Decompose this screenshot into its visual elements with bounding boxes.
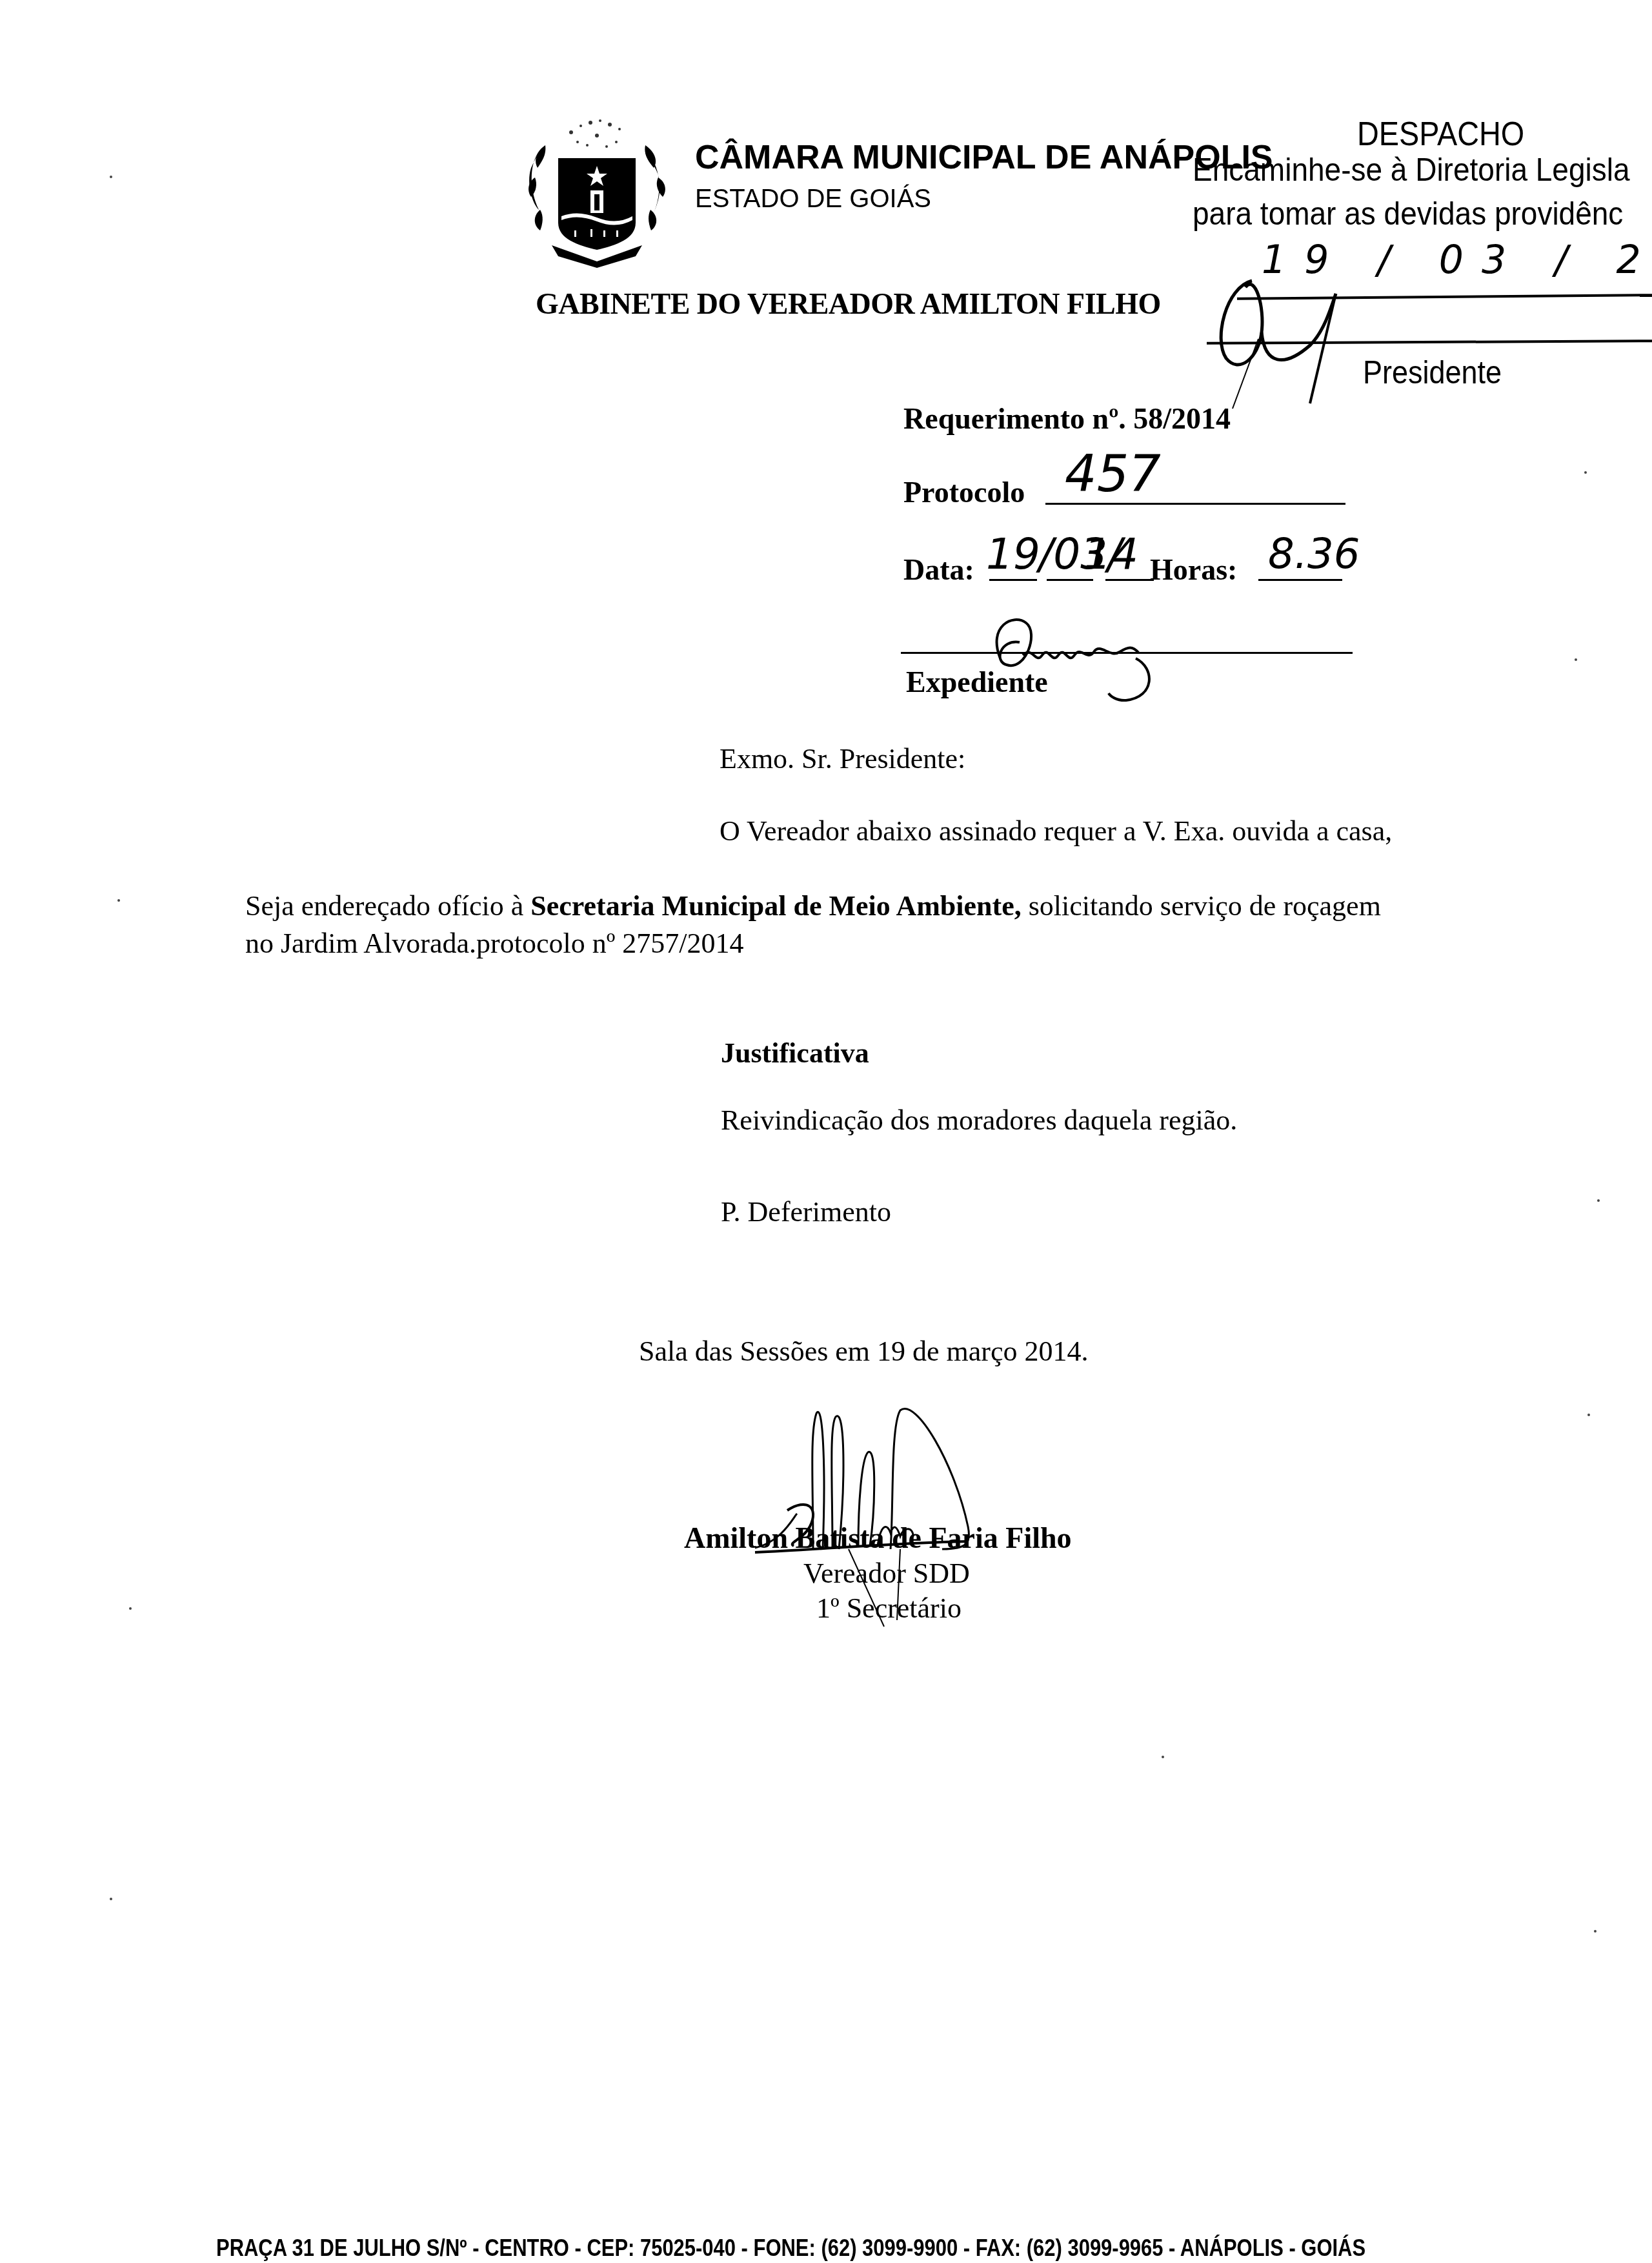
scan-speck xyxy=(117,899,120,902)
protocolo-value: 457 xyxy=(1065,445,1161,503)
footer-address: PRAÇA 31 DE JULHO S/Nº - CENTRO - CEP: 7… xyxy=(216,2235,1365,2262)
request-paragraph-line2: no Jardim Alvorada.protocolo nº 2757/201… xyxy=(245,927,744,960)
request-paragraph-line1: Seja endereçado ofício à Secretaria Muni… xyxy=(245,889,1381,922)
data-label: Data: xyxy=(903,553,974,587)
scan-speck xyxy=(1584,471,1587,474)
protocolo-rule xyxy=(1045,503,1345,505)
protocolo-label: Protocolo xyxy=(903,475,1025,509)
request-suffix: solicitando serviço de roçagem xyxy=(1022,890,1381,922)
scan-speck xyxy=(129,1607,132,1610)
despacho-title: DESPACHO xyxy=(1357,115,1524,154)
organization-state: ESTADO DE GOIÁS xyxy=(695,185,931,214)
office-title: GABINETE DO VEREADOR AMILTON FILHO xyxy=(536,287,1161,321)
scan-speck xyxy=(1162,1756,1164,1758)
despacho-signer-role: Presidente xyxy=(1363,354,1502,391)
requerimento-number: Requerimento nº. 58/2014 xyxy=(903,401,1231,436)
request-prefix: Seja endereçado ofício à xyxy=(245,890,530,922)
despacho-instruction-line1: Encaminhe-se à Diretoria Legisla xyxy=(1193,151,1630,188)
request-recipient: Secretaria Municipal de Meio Ambiente, xyxy=(530,890,1022,922)
scan-speck xyxy=(1594,1930,1597,1933)
data-year-rule xyxy=(1105,579,1154,581)
place-date: Sala das Sessões em 19 de março 2014. xyxy=(639,1335,1089,1368)
salutation: Exmo. Sr. Presidente: xyxy=(720,742,965,775)
scan-speck xyxy=(1597,1199,1600,1202)
expediente-rule xyxy=(901,652,1353,654)
organization-name: CÂMARA MUNICIPAL DE ANÁPOLIS xyxy=(695,138,1273,177)
scan-speck xyxy=(1587,1414,1590,1416)
intro-paragraph: O Vereador abaixo assinado requer a V. E… xyxy=(720,815,1392,847)
scan-speck xyxy=(110,176,112,178)
despacho-instruction-line2: para tomar as devidas providênc xyxy=(1193,195,1623,232)
scan-speck xyxy=(1575,658,1577,661)
horas-label: Horas: xyxy=(1150,553,1237,587)
signatory-role: Vereador SDD xyxy=(803,1557,970,1590)
horas-value: 8.36 xyxy=(1268,531,1360,578)
closing-text: P. Deferimento xyxy=(721,1195,891,1228)
justificativa-heading: Justificativa xyxy=(721,1037,869,1070)
signatory-name: Amilton Batista de Faria Filho xyxy=(684,1521,1072,1555)
expediente-label: Expediente xyxy=(906,665,1048,699)
scan-speck xyxy=(110,1898,112,1900)
data-month-rule xyxy=(1047,579,1093,581)
horas-rule xyxy=(1258,579,1342,581)
data-day: 19 xyxy=(986,529,1040,579)
coat-of-arms-icon xyxy=(526,107,671,268)
data-year: 14 xyxy=(1084,529,1138,579)
signatory-position: 1º Secretário xyxy=(816,1592,962,1625)
data-day-rule xyxy=(989,579,1037,581)
justificativa-text: Reivindicação dos moradores daquela regi… xyxy=(721,1104,1237,1137)
